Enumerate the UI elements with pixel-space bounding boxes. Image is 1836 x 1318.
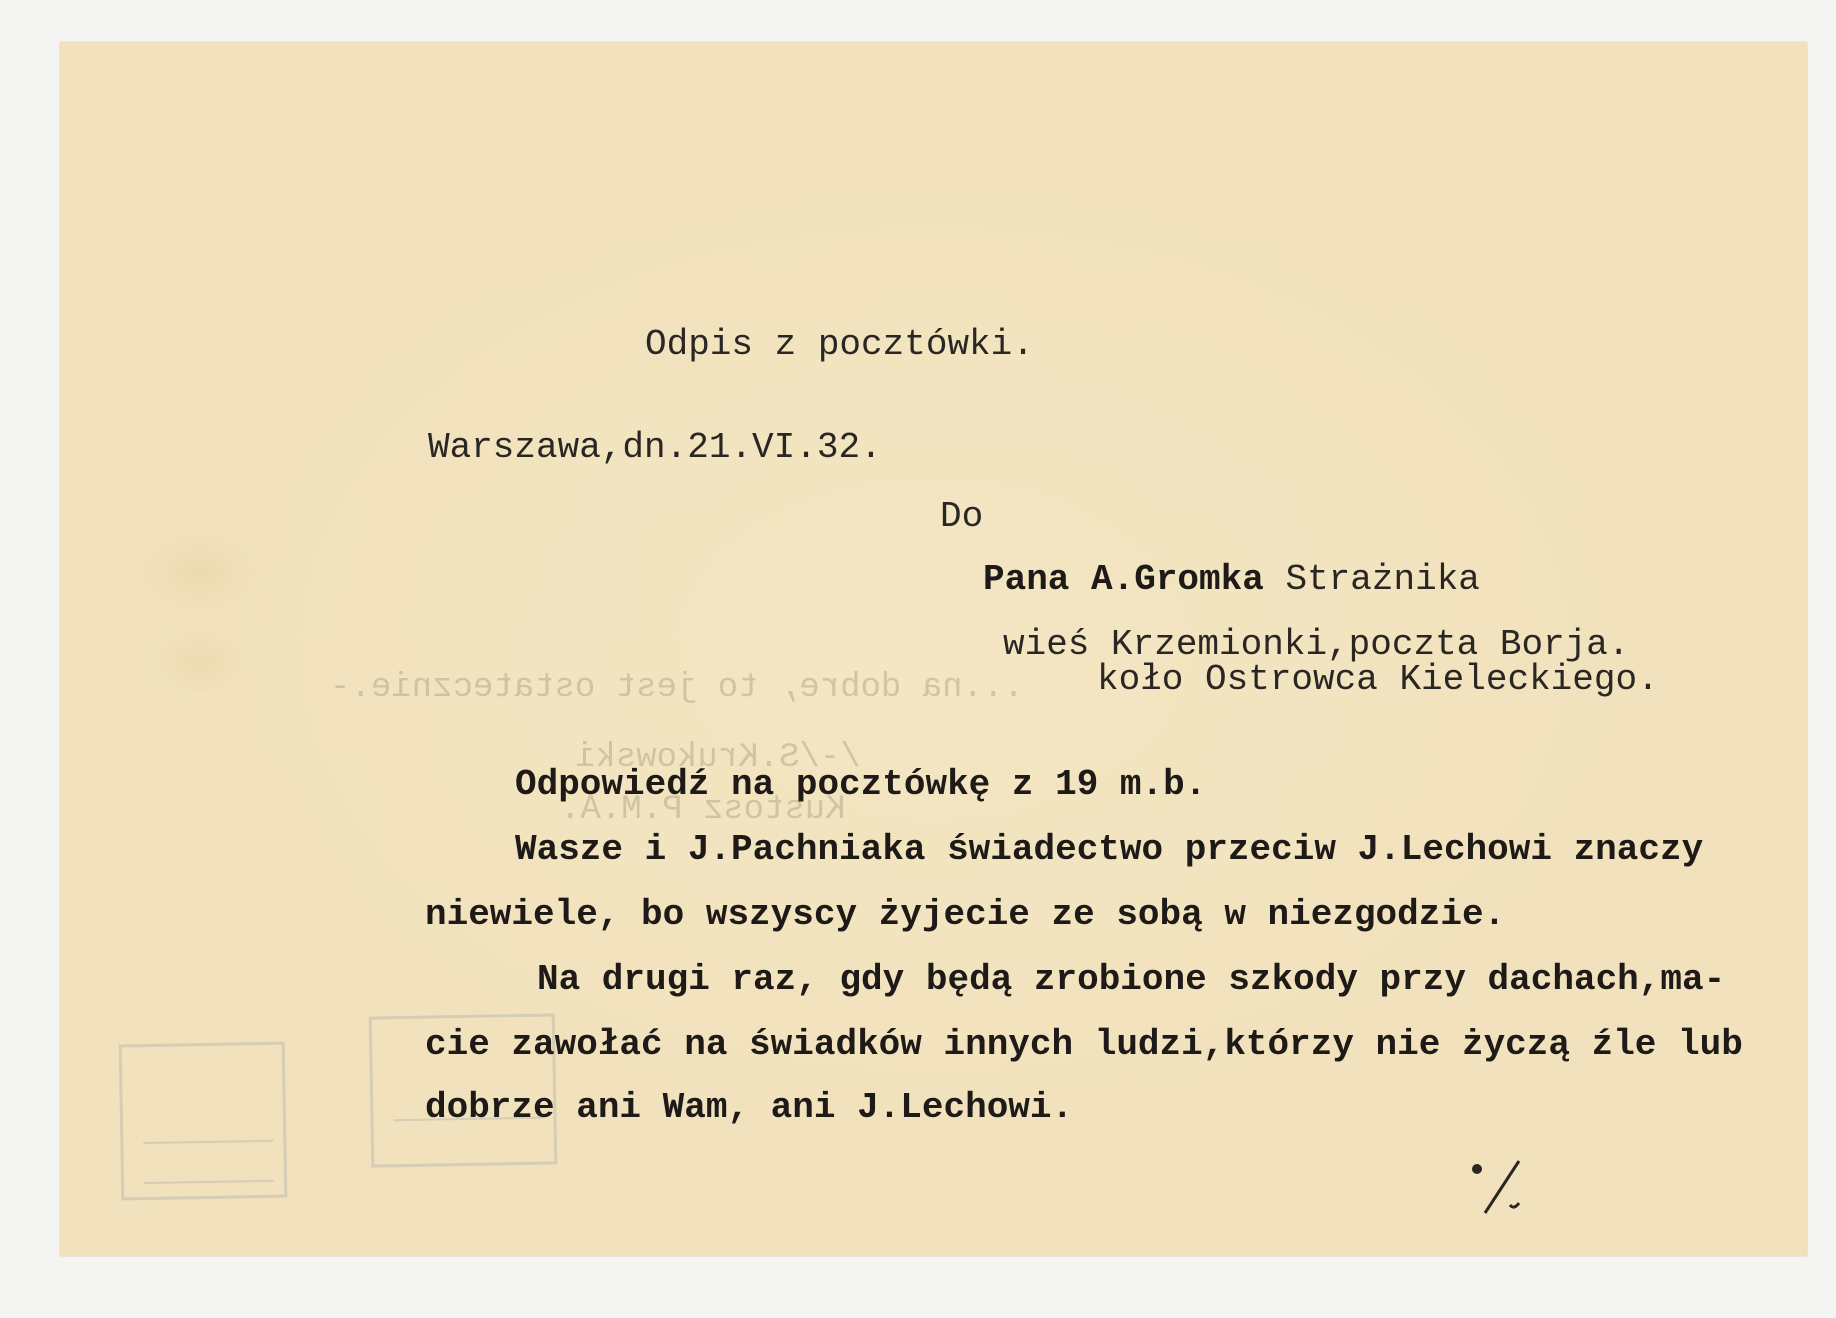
document-title: Odpis z pocztówki. bbox=[645, 325, 1034, 365]
body-line: cie zawołać na świadków innych ludzi,któ… bbox=[425, 1025, 1743, 1065]
place-date: Warszawa,dn.21.VI.32. bbox=[428, 428, 882, 468]
body-line: Wasze i J.Pachniaka świadectwo przeciw J… bbox=[515, 830, 1703, 870]
closing-mark-icon bbox=[1465, 1155, 1545, 1225]
body-line: Na drugi raz, gdy będą zrobione szkody p… bbox=[537, 960, 1725, 1000]
body-line: dobrze ani Wam, ani J.Lechowi. bbox=[425, 1088, 1073, 1128]
addressee-address-2: koło Ostrowca Kieleckiego. bbox=[1097, 660, 1659, 700]
bleed-through-line: ...na dobre, to jest ostatecznie.- bbox=[330, 668, 1024, 708]
addressee-name: Pana A.Gromka Strażnika bbox=[983, 560, 1480, 600]
body-line: niewiele, bo wszyscy żyjecie ze sobą w n… bbox=[425, 895, 1505, 935]
faint-stamp-left bbox=[119, 1042, 288, 1201]
addressee-name-bold: Pana A.Gromka bbox=[983, 559, 1264, 600]
addressee-title: Strażnika bbox=[1264, 559, 1480, 600]
subject-line: Odpowiedź na pocztówkę z 19 m.b. bbox=[515, 765, 1206, 805]
addressee-to: Do bbox=[940, 497, 983, 537]
